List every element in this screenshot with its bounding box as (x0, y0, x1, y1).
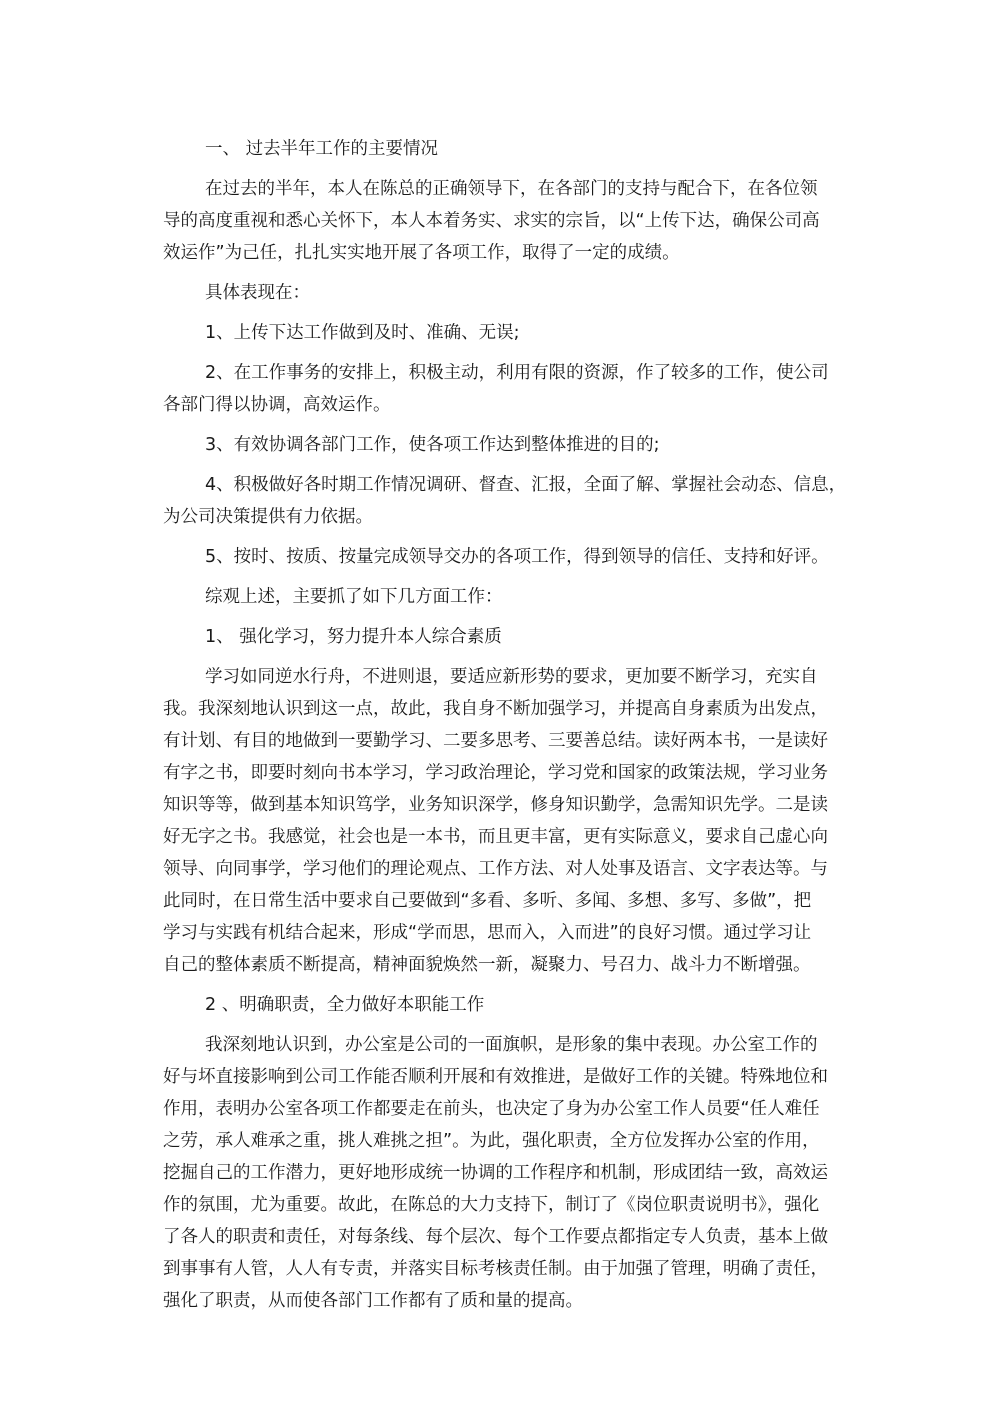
text-line: 到事事有人管，人人有专责，并落实目标考核责任制。由于加强了管理，明确了责任， (163, 1253, 843, 1285)
text-line: 好无字之书。我感觉，社会也是一本书，而且更丰富，更有实际意义，要求自己虚心向 (163, 821, 843, 853)
section-1-paragraph: 学习如同逆水行舟，不进则退，要适应新形势的要求，更加要不断学习，充实自 我。我深… (163, 661, 843, 981)
text-line: 为公司决策提供有力依据。 (163, 501, 843, 533)
text-line: 好与坏直接影响到公司工作能否顺利开展和有效推进，是做好工作的关键。特殊地位和 (163, 1061, 843, 1093)
list-item-2: 2、在工作事务的安排上，积极主动，利用有限的资源，作了较多的工作，使公司 各部门… (163, 357, 843, 421)
text-line: 之劳，承人难承之重，挑人难挑之担”。为此，强化职责，全方位发挥办公室的作用， (163, 1125, 843, 1157)
section-1-title: 1、 强化学习，努力提升本人综合素质 (163, 621, 843, 653)
text-line: 自己的整体素质不断提高，精神面貌焕然一新，凝聚力、号召力、战斗力不断增强。 (163, 949, 843, 981)
text-line: 我。我深刻地认识到这一点，故此，我自身不断加强学习，并提高自身素质为出发点， (163, 693, 843, 725)
text-line: 2 、明确职责，全力做好本职能工作 (163, 989, 843, 1021)
text-line: 作用，表明办公室各项工作都要走在前头，也决定了身为办公室工作人员要“任人难任 (163, 1093, 843, 1125)
text-line: 各部门得以协调，高效运作。 (163, 389, 843, 421)
text-line: 我深刻地认识到，办公室是公司的一面旗帜，是形象的集中表现。办公室工作的 (163, 1029, 843, 1061)
intro-paragraph: 在过去的半年，本人在陈总的正确领导下，在各部门的支持与配合下，在各位领 导的高度… (163, 173, 843, 269)
list-item-4: 4、积极做好各时期工作情况调研、督查、汇报，全面了解、掌握社会动态、信息， 为公… (163, 469, 843, 533)
text-line: 学习与实践有机结合起来，形成“学而思，思而入，入而进”的良好习惯。通过学习让 (163, 917, 843, 949)
text-line: 有计划、有目的地做到一要勤学习、二要多思考、三要善总结。读好两本书，一是读好 (163, 725, 843, 757)
text-line: 了各人的职责和责任，对每条线、每个层次、每个工作要点都指定专人负责，基本上做 (163, 1221, 843, 1253)
text-line: 2、在工作事务的安排上，积极主动，利用有限的资源，作了较多的工作，使公司 (163, 357, 843, 389)
summary-label: 综观上述，主要抓了如下几方面工作： (163, 581, 843, 613)
text-line: 效运作”为己任，扎扎实实地开展了各项工作，取得了一定的成绩。 (163, 237, 843, 269)
text-line: 此同时，在日常生活中要求自己要做到“多看、多听、多闻、多想、多写、多做”，把 (163, 885, 843, 917)
text-line: 1、 强化学习，努力提升本人综合素质 (163, 621, 843, 653)
text-line: 强化了职责，从而使各部门工作都有了质和量的提高。 (163, 1285, 843, 1317)
performance-label: 具体表现在： (163, 277, 843, 309)
section-2-paragraph: 我深刻地认识到，办公室是公司的一面旗帜，是形象的集中表现。办公室工作的 好与坏直… (163, 1029, 843, 1317)
list-item-5: 5、按时、按质、按量完成领导交办的各项工作，得到领导的信任、支持和好评。 (163, 541, 843, 573)
text-line: 1、上传下达工作做到及时、准确、无误; (163, 317, 843, 349)
text-line: 5、按时、按质、按量完成领导交办的各项工作，得到领导的信任、支持和好评。 (163, 541, 843, 573)
text-line: 挖掘自己的工作潜力，更好地形成统一协调的工作程序和机制，形成团结一致，高效运 (163, 1157, 843, 1189)
text-line: 具体表现在： (163, 277, 843, 309)
text-line: 3、有效协调各部门工作，使各项工作达到整体推进的目的; (163, 429, 843, 461)
heading-past-half-year: 一、 过去半年工作的主要情况 (163, 133, 843, 165)
list-item-1: 1、上传下达工作做到及时、准确、无误; (163, 317, 843, 349)
list-item-3: 3、有效协调各部门工作，使各项工作达到整体推进的目的; (163, 429, 843, 461)
text-line: 综观上述，主要抓了如下几方面工作： (163, 581, 843, 613)
text-line: 领导、向同事学，学习他们的理论观点、工作方法、对人处事及语言、文字表达等。与 (163, 853, 843, 885)
text-line: 有字之书，即要时刻向书本学习，学习政治理论，学习党和国家的政策法规，学习业务 (163, 757, 843, 789)
text-line: 4、积极做好各时期工作情况调研、督查、汇报，全面了解、掌握社会动态、信息， (163, 469, 843, 501)
text-line: 在过去的半年，本人在陈总的正确领导下，在各部门的支持与配合下，在各位领 (163, 173, 843, 205)
text-line: 导的高度重视和悉心关怀下，本人本着务实、求实的宗旨，以“上传下达，确保公司高 (163, 205, 843, 237)
document-page: 一、 过去半年工作的主要情况 在过去的半年，本人在陈总的正确领导下，在各部门的支… (163, 133, 843, 1325)
text-line: 学习如同逆水行舟，不进则退，要适应新形势的要求，更加要不断学习，充实自 (163, 661, 843, 693)
text-line: 作的氛围，尤为重要。故此，在陈总的大力支持下，制订了《岗位职责说明书》，强化 (163, 1189, 843, 1221)
section-2-title: 2 、明确职责，全力做好本职能工作 (163, 989, 843, 1021)
text-line: 知识等等，做到基本知识笃学，业务知识深学，修身知识勤学，急需知识先学。二是读 (163, 789, 843, 821)
heading-text: 一、 过去半年工作的主要情况 (163, 133, 843, 165)
